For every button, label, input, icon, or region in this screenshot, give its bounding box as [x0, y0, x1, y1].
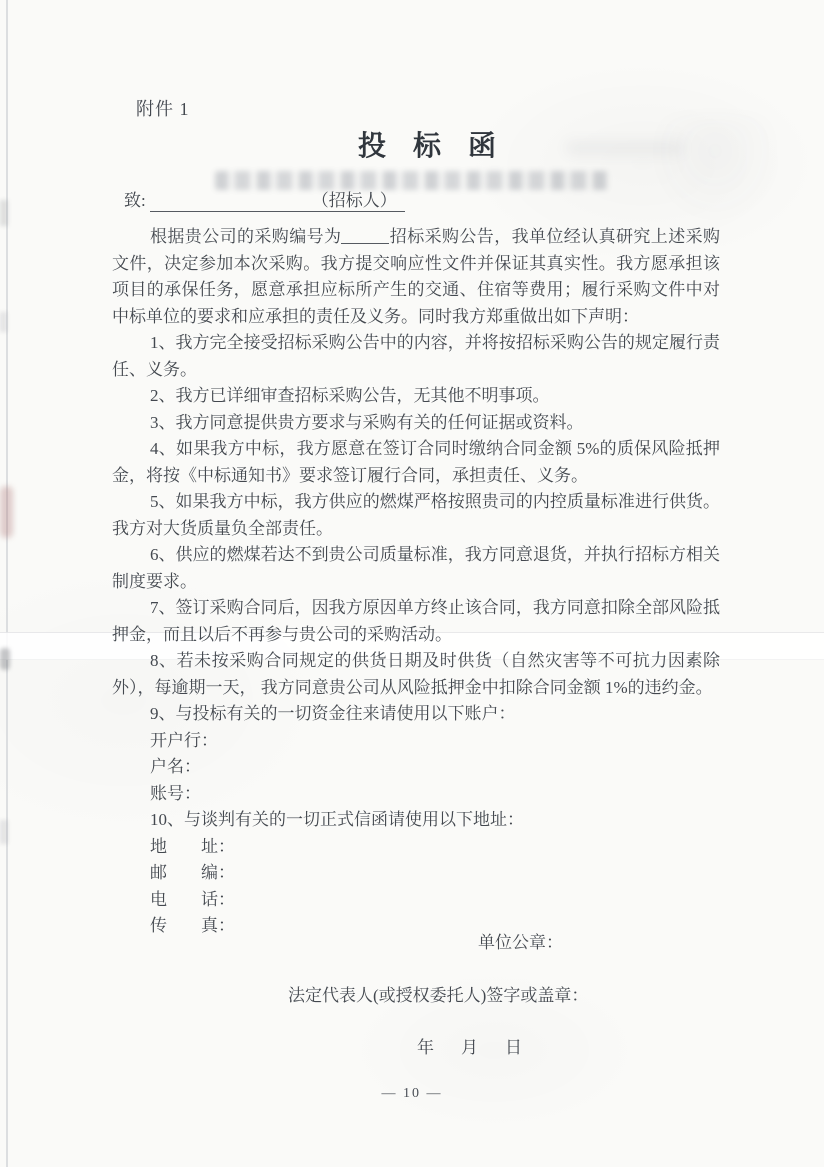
declaration-item-10: 10、与谈判有关的一切正式信函请使用以下地址：: [112, 807, 720, 834]
company-seal-label: 单位公章：: [478, 928, 563, 953]
legal-representative-signature-label: 法定代表人(或授权委托人)签字或盖章：: [288, 981, 588, 1006]
declaration-item-6: 6、供应的燃煤若达不到贵公司质量标准，我方同意退货，并执行招标方相关制度要求。: [112, 542, 720, 595]
page-number: — 10 —: [0, 1086, 824, 1102]
salutation-line: 致:（招标人）: [124, 186, 405, 212]
document-title: 投标函: [358, 124, 523, 164]
scan-edge-mark: [0, 648, 10, 670]
contact-field-fax: 传 真：: [112, 913, 720, 940]
bank-field-account-name: 户名：: [112, 754, 720, 781]
scanned-document-page: 附件 1 投标函 致:（招标人） 根据贵公司的采购编号为招标采购公告，我单位经认…: [0, 0, 824, 1167]
recipient-name-blank: [150, 189, 312, 206]
intro-paragraph: 根据贵公司的采购编号为招标采购公告，我单位经认真研究上述采购文件，决定参加本次采…: [112, 224, 720, 330]
scan-smudge: [640, 115, 790, 235]
date-line: 年月日: [417, 1033, 549, 1058]
declaration-item-7: 7、签订采购合同后，因我方原因单方终止该合同，我方同意扣除全部风险抵押金，而且以…: [112, 595, 720, 648]
declaration-item-4: 4、如果我方中标，我方愿意在签订合同时缴纳合同金额 5%的质保风险抵押金，将按《…: [112, 436, 720, 489]
contact-field-address: 地 址：: [112, 834, 720, 861]
document-body: 根据贵公司的采购编号为招标采购公告，我单位经认真研究上述采购文件，决定参加本次采…: [112, 224, 720, 940]
declaration-item-2: 2、我方已详细审查招标采购公告，无其他不明事项。: [112, 383, 720, 410]
scan-edge-mark: [0, 312, 7, 332]
recipient-underline: （招标人）: [150, 186, 405, 212]
procurement-number-blank: [341, 226, 389, 244]
scan-edge-line: [6, 0, 8, 1167]
salutation-suffix: （招标人）: [312, 191, 397, 210]
declaration-item-8: 8、若未按采购合同规定的供货日期及时供货（自然灾害等不可抗力因素除外），每逾期一…: [112, 648, 720, 701]
scan-edge-mark: [0, 486, 13, 538]
bank-field-opening-bank: 开户行：: [112, 728, 720, 755]
contact-field-phone: 电 话：: [112, 887, 720, 914]
bank-field-account-number: 账号：: [112, 781, 720, 808]
salutation-prefix: 致:: [124, 191, 146, 210]
declaration-item-3: 3、我方同意提供贵方要求与采购有关的任何证据或资料。: [112, 410, 720, 437]
attachment-label: 附件 1: [136, 95, 190, 121]
scan-edge-mark: [0, 200, 8, 226]
declaration-item-5: 5、如果我方中标，我方供应的燃煤严格按照贵司的内控质量标准进行供货。我方对大货质…: [112, 489, 720, 542]
contact-field-postcode: 邮 编：: [112, 860, 720, 887]
declaration-item-1: 1、我方完全接受招标采购公告中的内容，并将按招标采购公告的规定履行责任、义务。: [112, 330, 720, 383]
intro-lead: 根据贵公司的采购编号为: [150, 227, 341, 246]
scan-edge-mark: [0, 820, 8, 844]
declaration-item-9: 9、与投标有关的一切资金往来请使用以下账户：: [112, 701, 720, 728]
